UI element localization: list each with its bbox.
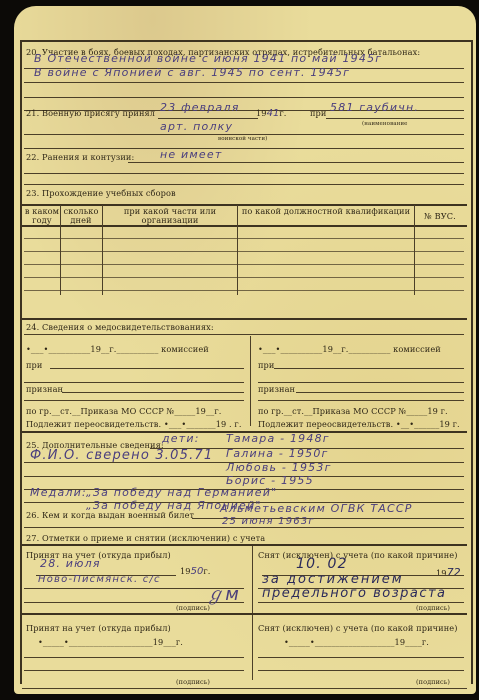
col-divider bbox=[237, 205, 238, 295]
col-unit: при какой части или организации bbox=[104, 207, 236, 225]
military-id-date: 25 июня 1963г bbox=[222, 516, 315, 527]
accepted-date: 28. июля bbox=[40, 557, 101, 570]
removed2-g: г. bbox=[422, 637, 429, 647]
medals-label: Медали: bbox=[30, 486, 87, 499]
rule bbox=[22, 544, 467, 546]
rule bbox=[50, 368, 244, 369]
med-order-year-2: 19 bbox=[427, 406, 438, 416]
child-1: Тамара - 1948г bbox=[226, 432, 330, 445]
med-commission: комиссией bbox=[161, 344, 209, 354]
removed2-year: 19 bbox=[395, 637, 406, 647]
rule bbox=[24, 148, 464, 149]
medal-germany: „За победу над Германией" bbox=[86, 486, 277, 499]
oath-year-suffix: г. bbox=[279, 108, 286, 118]
rule bbox=[326, 118, 464, 119]
med-commission-2: комиссией bbox=[393, 344, 441, 354]
child-2: Галина - 1950г bbox=[226, 447, 329, 460]
removed2-label: Снят (исключен) с учета (по какой причин… bbox=[258, 623, 458, 633]
rule bbox=[24, 173, 464, 174]
med-order: по гр.__ст.__Приказа МО СССР № bbox=[26, 406, 174, 416]
removed-year: 72 bbox=[447, 566, 461, 579]
children-label: дети: bbox=[162, 432, 200, 445]
med-g-2: г. bbox=[341, 344, 348, 354]
rule bbox=[258, 670, 464, 671]
rule bbox=[24, 334, 464, 335]
removed-reason-2: предельного возраста bbox=[262, 586, 447, 601]
med-at: при bbox=[26, 360, 42, 370]
section-21-label: 21. Военную присягу принял bbox=[26, 108, 155, 118]
med-re-exam: Подлежит переосвидетельств. bbox=[26, 419, 161, 429]
rule bbox=[128, 162, 464, 163]
med-order-year: 19 bbox=[195, 406, 206, 416]
col-divider bbox=[250, 336, 251, 426]
rule bbox=[158, 118, 258, 119]
table-row bbox=[24, 264, 464, 265]
accepted2-year: 19 bbox=[153, 637, 164, 647]
section-26-label: 26. Кем и когда выдан военный билет bbox=[26, 510, 194, 520]
section-23-label: 23. Прохождение учебных сборов bbox=[26, 188, 176, 198]
rule bbox=[24, 400, 244, 401]
removed2-signature: (подпись) bbox=[416, 678, 450, 686]
removed-date: 10. 02 bbox=[296, 556, 348, 572]
rule bbox=[24, 134, 464, 135]
med-year-2: 19 bbox=[322, 344, 333, 354]
rule bbox=[274, 368, 464, 369]
rule bbox=[22, 318, 467, 320]
accepted-year-prefix: 19 bbox=[180, 566, 191, 576]
oath-unit-2: арт. полку bbox=[160, 120, 233, 133]
rule bbox=[258, 400, 464, 401]
rule bbox=[24, 184, 464, 185]
table-row bbox=[24, 238, 464, 239]
unit-hint-2: воинской части) bbox=[218, 136, 267, 142]
rule bbox=[258, 382, 464, 383]
rule bbox=[62, 392, 244, 393]
rule bbox=[296, 392, 464, 393]
col-year: в каком году bbox=[24, 207, 60, 225]
signature-scribble: ℊм bbox=[206, 580, 240, 606]
rule bbox=[24, 97, 464, 98]
accepted-year: 50 bbox=[191, 566, 204, 577]
accepted-signature: (подпись) bbox=[176, 604, 210, 612]
col-vus: № ВУС. bbox=[416, 211, 464, 221]
removed-signature: (подпись) bbox=[416, 604, 450, 612]
oath-at-label: при bbox=[310, 108, 326, 118]
rule bbox=[22, 613, 467, 615]
col-divider bbox=[414, 205, 415, 295]
section-27-label: 27. Отметки о приеме и снятии (исключени… bbox=[26, 533, 265, 543]
accepted2-signature: (подпись) bbox=[176, 678, 210, 686]
unit-hint: (наименование bbox=[362, 121, 408, 127]
med-recognized: признан bbox=[26, 384, 63, 394]
rule bbox=[258, 657, 464, 658]
med-recognized-2: признан bbox=[258, 384, 295, 394]
rule bbox=[24, 657, 244, 658]
section-20-line1: В Отечественной войне с июня 1941 по май… bbox=[34, 52, 382, 65]
med-g: г. bbox=[109, 344, 116, 354]
rule bbox=[24, 82, 464, 83]
military-id-issuer: Альметьевским ОГВК ТАССР bbox=[220, 502, 413, 515]
rule bbox=[22, 688, 467, 689]
rule bbox=[22, 225, 467, 227]
rule bbox=[24, 670, 244, 671]
col-qualification: по какой должностной квалификации bbox=[240, 207, 412, 216]
rule bbox=[258, 602, 464, 603]
med-at-2: при bbox=[258, 360, 274, 370]
oath-date: 23 февраля bbox=[160, 101, 240, 114]
med-re-exam-2: Подлежит переосвидетельств. bbox=[258, 419, 393, 429]
rule bbox=[24, 527, 464, 528]
table-row bbox=[24, 290, 464, 291]
wounds-value: не имеет bbox=[160, 148, 222, 161]
accepted2-g: г. bbox=[176, 637, 183, 647]
section-22-label: 22. Ранения и контузии: bbox=[26, 152, 134, 162]
col-divider bbox=[60, 205, 61, 295]
col-divider bbox=[102, 205, 103, 295]
table-row bbox=[24, 251, 464, 252]
removed-label: Снят (исключен) с учета (по какой причин… bbox=[258, 550, 458, 560]
med-order-2: по гр.__ст.__Приказа МО СССР № bbox=[258, 406, 406, 416]
col-days: сколько дней bbox=[62, 207, 100, 225]
fio-verified-note: Ф.И.О. сверено 3.05.71 bbox=[30, 448, 213, 463]
rule bbox=[24, 382, 244, 383]
section-20-line2: В войне с Японией с авг. 1945 по сент. 1… bbox=[34, 66, 350, 79]
oath-unit: 581 гаубичн. bbox=[330, 101, 419, 114]
removed-reason-1: за достижением bbox=[262, 572, 404, 587]
table-row bbox=[24, 277, 464, 278]
section-24-label: 24. Сведения о медосвидетельствованиях: bbox=[26, 322, 214, 332]
med-year: 19 bbox=[90, 344, 101, 354]
accepted2-label: Принят на учет (откуда прибыл) bbox=[26, 623, 171, 633]
oath-year: 41 bbox=[267, 108, 280, 119]
child-3: Любовь - 1953г bbox=[226, 461, 332, 474]
accepted-from: Ново-Писмянск. с/с bbox=[38, 574, 161, 585]
oath-year-prefix: 19 bbox=[256, 108, 267, 118]
